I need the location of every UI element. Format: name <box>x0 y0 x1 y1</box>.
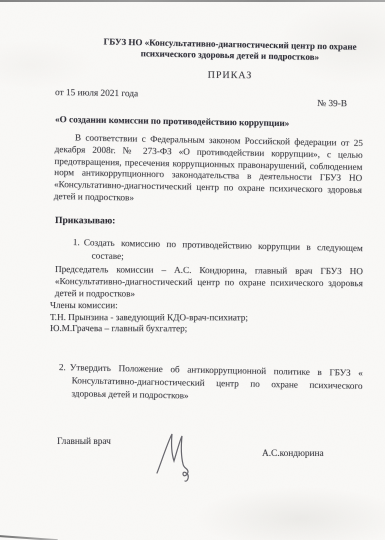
order-keyword: Приказываю: <box>55 215 363 229</box>
doc-type-title: ПРИКАЗ <box>83 68 377 82</box>
signature-squiggle <box>150 428 202 484</box>
order-item-2-text: Утвердить Положение об антикоррупционной… <box>70 362 363 400</box>
subject-line: «О создании комиссии по противодействию … <box>55 114 363 130</box>
order-item-1-text: Создать комиссию по противодействию корр… <box>84 237 363 261</box>
order-item-2-number: 2. <box>59 362 70 372</box>
order-item-2: 2.Утвердить Положение об антикоррупционн… <box>58 361 363 406</box>
scanned-order-document: ГБУЗ НО «Консультативно-диагностический … <box>0 0 385 540</box>
doc-number: № 39-В <box>55 97 363 111</box>
commission-members-label: Члены комиссии: <box>50 300 363 312</box>
document-content: ГБУЗ НО «Консультативно-диагностический … <box>55 36 363 400</box>
signee-name: А.С.кондюрина <box>262 449 324 459</box>
order-item-1: 1.Создать комиссию по противодействию ко… <box>72 236 362 268</box>
org-name-header: ГБУЗ НО «Консультативно-диагностический … <box>83 36 377 64</box>
order-item-1-number: 1. <box>73 237 84 247</box>
preamble-paragraph: В соответствии с Федеральным законом Рос… <box>54 132 363 209</box>
signature-row: Главный врач А.С.кондюрина <box>55 437 363 497</box>
signature-title: Главный врач <box>57 437 111 447</box>
commission-chair-paragraph: Председатель комиссии – А.С. Кондюрина, … <box>55 264 363 302</box>
commission-member-2: Ю.М.Грачева – главный бухгалтер; <box>50 323 363 335</box>
scan-top-edge-line <box>0 0 385 2</box>
scan-corner-line <box>0 535 58 540</box>
commission-member-1: Т.Н. Прынзина - заведующий КДО-врач-псих… <box>50 311 363 323</box>
commission-members-block: Члены комиссии: Т.Н. Прынзина - заведующ… <box>50 300 363 336</box>
